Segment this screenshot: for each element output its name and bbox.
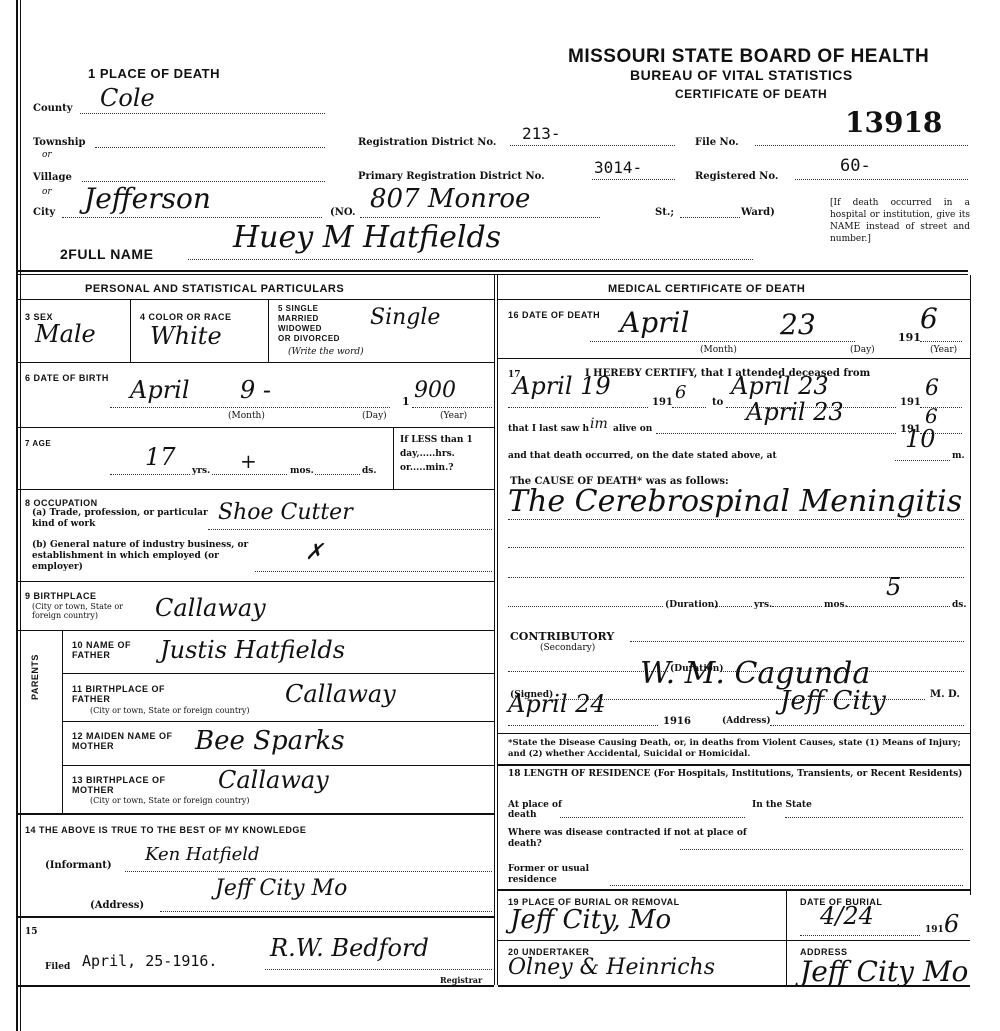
- age-label: 7 AGE: [25, 439, 51, 448]
- marital-option-single: 5 SINGLE: [278, 304, 340, 314]
- sex-value[interactable]: Male: [35, 320, 96, 348]
- residence-label: 18 LENGTH OF RESIDENCE (For Hospitals, I…: [508, 769, 968, 780]
- divider: [18, 916, 494, 918]
- informant-address-value: Jeff City Mo: [215, 876, 347, 901]
- yrs-label: yrs.: [754, 600, 772, 610]
- less-than-day-label[interactable]: If LESS than 1 day,.....hrs. or.....min.…: [400, 433, 492, 475]
- dod-year-prefix: 191: [898, 331, 921, 344]
- signed-date-field[interactable]: April 24: [508, 714, 658, 726]
- yrs-label: yrs.: [192, 466, 210, 476]
- parents-label: PARENTS: [30, 654, 40, 700]
- race-label: 4 COLOR OR RACE: [140, 312, 232, 322]
- divider: [18, 489, 494, 490]
- attended-to-year: 6: [925, 376, 939, 401]
- day-caption: (Day): [850, 345, 875, 355]
- birthplace-note: (City or town, State or foreign country): [32, 602, 152, 620]
- physician-address-field[interactable]: Jeff City: [770, 714, 964, 726]
- mos-label: mos.: [824, 600, 848, 610]
- death-time-value: 10: [905, 425, 936, 453]
- registrar-label: Registrar: [440, 975, 482, 985]
- divider: [786, 891, 787, 986]
- occupation-a-value: Shoe Cutter: [218, 500, 353, 525]
- attended-from-value: April 19: [513, 372, 611, 400]
- mother-birthplace-note: (City or town, State or foreign country): [90, 796, 250, 805]
- father-name-label: 10 NAME OF FATHER: [72, 640, 152, 660]
- full-name-label: 2FULL NAME: [60, 246, 153, 262]
- duration-label: (Duration): [665, 600, 719, 610]
- dob-year-value: 900: [414, 378, 456, 403]
- signed-year-prefix: 191: [663, 716, 684, 727]
- burial-date-value: 4/24: [820, 902, 874, 930]
- occupation-b-value: ✗: [305, 540, 323, 565]
- duration-spacer: [508, 595, 663, 607]
- street-no-label: (NO.: [330, 207, 355, 218]
- cause-line-1[interactable]: The Cerebrospinal Meningitis: [508, 508, 964, 520]
- township-label: Township: [33, 137, 86, 148]
- primary-district-value: 3014-: [594, 158, 642, 177]
- former-residence-field[interactable]: [610, 876, 963, 886]
- divider: [62, 721, 494, 722]
- dod-year-value: 6: [920, 302, 938, 335]
- father-name-value[interactable]: Justis Hatfields: [160, 636, 345, 664]
- mother-birthplace-label: 13 BIRTHPLACE OF MOTHER: [72, 775, 172, 795]
- county-field[interactable]: Cole: [80, 98, 325, 114]
- age-months-field[interactable]: +: [212, 463, 287, 475]
- dob-year-field[interactable]: 900: [412, 394, 492, 408]
- physician-address-label: (Address): [722, 716, 771, 726]
- or-text: or: [42, 187, 52, 197]
- hospital-note: [If death occurred in a hospital or inst…: [830, 197, 970, 245]
- street-field[interactable]: 807 Monroe: [360, 202, 600, 218]
- dob-day-value: 9 -: [240, 376, 271, 404]
- burial-year-value[interactable]: 6: [944, 910, 959, 938]
- city-label: City: [33, 207, 55, 218]
- dob-month-value: April: [130, 376, 190, 404]
- year-caption: (Year): [440, 411, 467, 421]
- mother-name-value[interactable]: Bee Sparks: [195, 726, 345, 756]
- divider: [498, 733, 970, 734]
- at-place-duration-field[interactable]: [560, 808, 745, 818]
- file-no-label: File No.: [695, 137, 739, 148]
- cause-line-2[interactable]: [508, 536, 964, 548]
- undertaker-value[interactable]: Olney & Heinrichs: [508, 955, 715, 980]
- contributory-field[interactable]: [630, 630, 964, 642]
- m-label: m.: [952, 451, 965, 461]
- attended-to-year-prefix: 191: [900, 397, 921, 408]
- undertaker-address-value[interactable]: Jeff City Mo: [800, 955, 968, 988]
- age-years-value: 17: [145, 443, 176, 471]
- village-field[interactable]: [82, 168, 325, 182]
- registration-district-value: 213-: [522, 124, 561, 143]
- village-label: Village: [33, 172, 72, 183]
- divider: [498, 358, 970, 359]
- divider: [62, 673, 494, 674]
- contributory-label: CONTRIBUTORY: [510, 630, 614, 643]
- divider: [18, 299, 494, 300]
- occupation-a-label: (a) Trade, profession, or particular kin…: [32, 508, 212, 530]
- last-saw-date-value: April 23: [746, 398, 844, 426]
- age-years-field[interactable]: 17: [110, 463, 190, 475]
- duration-days-field[interactable]: 5: [846, 595, 950, 607]
- attended-from-field[interactable]: April 19: [508, 396, 648, 408]
- file-no-field[interactable]: 13918: [755, 130, 968, 146]
- divider: [62, 631, 63, 813]
- full-name-field[interactable]: Huey M Hatfields: [188, 244, 753, 260]
- divider: [18, 630, 494, 631]
- father-birthplace-note: (City or town, State or foreign country): [90, 706, 250, 715]
- marital-option-married: MARRIED: [278, 314, 340, 324]
- column-divider: [497, 275, 498, 985]
- place-of-death-heading: 1 PLACE OF DEATH: [88, 66, 220, 81]
- dob-year-prefix: 1: [402, 395, 410, 408]
- divider: [498, 764, 970, 766]
- duration-days-value: 5: [886, 573, 901, 601]
- cause-footnote: *State the Disease Causing Death, or, in…: [508, 738, 968, 760]
- attended-from-year: 6: [675, 382, 686, 403]
- informant-address-label: (Address): [90, 900, 144, 911]
- last-saw-pronoun[interactable]: im: [590, 416, 608, 432]
- registration-district-label: Registration District No.: [358, 137, 496, 148]
- right-border: [970, 275, 971, 895]
- county-label: County: [33, 103, 73, 114]
- filed-label: Filed: [45, 962, 70, 972]
- occupation-label: 8 OCCUPATION: [25, 498, 98, 508]
- divider: [130, 300, 131, 362]
- or-text: or: [42, 150, 52, 160]
- divider: [18, 427, 494, 428]
- duration-yrs-field[interactable]: [712, 595, 752, 607]
- dod-month-day-field[interactable]: April 23: [590, 330, 855, 342]
- file-no-value: 13918: [845, 106, 942, 139]
- informant-section-label: 14 THE ABOVE IS TRUE TO THE BEST OF MY K…: [25, 825, 306, 835]
- city-value: Jefferson: [84, 182, 211, 215]
- registered-no-value: 60-: [840, 156, 871, 176]
- street-value: 807 Monroe: [370, 184, 530, 214]
- race-value[interactable]: White: [150, 322, 222, 350]
- ds-label: ds.: [952, 600, 967, 610]
- occurred-label: and that death occurred, on the date sta…: [508, 451, 777, 461]
- father-birthplace-value[interactable]: Callaway: [285, 680, 396, 708]
- st-label: St.;: [655, 207, 674, 218]
- divider: [18, 274, 968, 275]
- left-border: [16, 0, 18, 1031]
- marital-labels: 5 SINGLE MARRIED WIDOWED OR DIVORCED: [278, 304, 340, 344]
- in-state-duration-field[interactable]: [785, 808, 963, 818]
- dod-label: 16 DATE OF DEATH: [508, 310, 600, 320]
- registered-no-field[interactable]: 60-: [795, 164, 968, 180]
- attended-from-year-prefix: 191: [652, 397, 673, 408]
- attended-from-year-field[interactable]: 6: [672, 396, 706, 408]
- mother-birthplace-value[interactable]: Callaway: [218, 766, 329, 794]
- burial-year-prefix: 191: [925, 925, 944, 935]
- column-divider: [494, 275, 495, 985]
- filed-section-num: 15: [25, 927, 38, 937]
- county-value: Cole: [100, 84, 155, 112]
- occupation-a-field[interactable]: Shoe Cutter: [208, 518, 492, 530]
- divider: [498, 940, 970, 941]
- dob-month-day-field[interactable]: April 9 -: [110, 394, 390, 408]
- registered-no-label: Registered No.: [695, 171, 778, 182]
- duration-mos-field[interactable]: [772, 595, 822, 607]
- divider: [498, 889, 970, 891]
- medical-section-title: MEDICAL CERTIFICATE OF DEATH: [608, 283, 805, 295]
- registration-district-field[interactable]: 213-: [510, 130, 675, 146]
- registrar-signature-field[interactable]: R.W. Bedford: [265, 958, 492, 970]
- dod-month-value: April: [620, 306, 689, 339]
- birthplace-value[interactable]: Callaway: [155, 594, 266, 622]
- md-label: M. D.: [930, 689, 960, 700]
- primary-district-label: Primary Registration District No.: [358, 171, 545, 182]
- divider: [18, 581, 494, 582]
- filed-date: April, 25-1916.: [82, 952, 217, 970]
- informant-label: (Informant): [45, 860, 112, 871]
- personal-section-title: PERSONAL AND STATISTICAL PARTICULARS: [85, 283, 344, 295]
- informant-value: Ken Hatfield: [145, 844, 260, 865]
- alive-on-label: alive on: [613, 424, 652, 434]
- age-months-value: +: [240, 449, 257, 473]
- divider: [393, 427, 394, 489]
- month-caption: (Month): [228, 411, 265, 421]
- divider: [18, 362, 494, 363]
- divider: [498, 985, 970, 987]
- father-birthplace-label: 11 BIRTHPLACE OF FATHER: [72, 684, 172, 704]
- registrar-signature: R.W. Bedford: [270, 934, 429, 962]
- secondary-label: (Secondary): [540, 643, 595, 653]
- mos-label: mos.: [290, 466, 314, 476]
- burial-place-value[interactable]: Jeff City, Mo: [510, 905, 671, 935]
- divider: [18, 270, 968, 272]
- day-caption: (Day): [362, 411, 387, 421]
- full-name-value: Huey M Hatfields: [233, 220, 501, 255]
- mother-name-label: 12 MAIDEN NAME OF MOTHER: [72, 731, 182, 751]
- divider: [498, 299, 970, 300]
- divider: [18, 985, 494, 987]
- marital-option-widowed: WIDOWED: [278, 324, 340, 334]
- ward-label: Ward): [741, 207, 775, 218]
- death-time-field[interactable]: 10: [895, 449, 950, 461]
- cause-value: The Cerebrospinal Meningitis: [508, 484, 962, 519]
- year-caption: (Year): [930, 345, 957, 355]
- last-saw-date-field[interactable]: April 23: [656, 422, 896, 434]
- dod-day-value: 23: [780, 308, 816, 341]
- physician-address-value: Jeff City: [780, 686, 886, 716]
- left-border-inner: [20, 0, 21, 1031]
- month-caption: (Month): [700, 345, 737, 355]
- city-field[interactable]: Jefferson: [62, 202, 322, 218]
- signed-year: 6: [684, 716, 691, 727]
- dob-label: 6 DATE OF BIRTH: [25, 373, 109, 383]
- birthplace-label: 9 BIRTHPLACE: [25, 591, 97, 601]
- burial-date-field[interactable]: 4/24: [800, 926, 920, 936]
- last-saw-label: that I last saw h: [508, 424, 589, 434]
- contracted-field[interactable]: [680, 840, 963, 850]
- dod-year-field[interactable]: 6: [920, 330, 962, 342]
- informant-address-field[interactable]: Jeff City Mo: [160, 898, 492, 912]
- marital-option-divorced: OR DIVORCED: [278, 334, 340, 344]
- divider: [18, 813, 494, 815]
- to-label: to: [712, 397, 723, 408]
- occupation-b-field[interactable]: ✗: [255, 560, 492, 572]
- primary-district-field[interactable]: 3014-: [592, 164, 675, 180]
- attended-to-value: April 23: [731, 372, 829, 400]
- informant-field[interactable]: Ken Hatfield: [125, 858, 492, 872]
- ward-field[interactable]: [680, 202, 740, 218]
- board-title: MISSOURI STATE BOARD OF HEALTH: [568, 46, 929, 68]
- ds-label: ds.: [362, 466, 377, 476]
- marital-note: (Write the word): [288, 347, 364, 357]
- township-field[interactable]: [95, 134, 325, 148]
- signed-date-value: April 24: [508, 690, 606, 718]
- occupation-b-label: (b) General nature of industry business,…: [32, 540, 252, 573]
- marital-value[interactable]: Single: [370, 305, 440, 330]
- age-days-field[interactable]: [315, 463, 360, 475]
- form-name: CERTIFICATE OF DEATH: [675, 87, 827, 101]
- bureau-subtitle: BUREAU OF VITAL STATISTICS: [630, 67, 853, 83]
- divider: [268, 300, 269, 362]
